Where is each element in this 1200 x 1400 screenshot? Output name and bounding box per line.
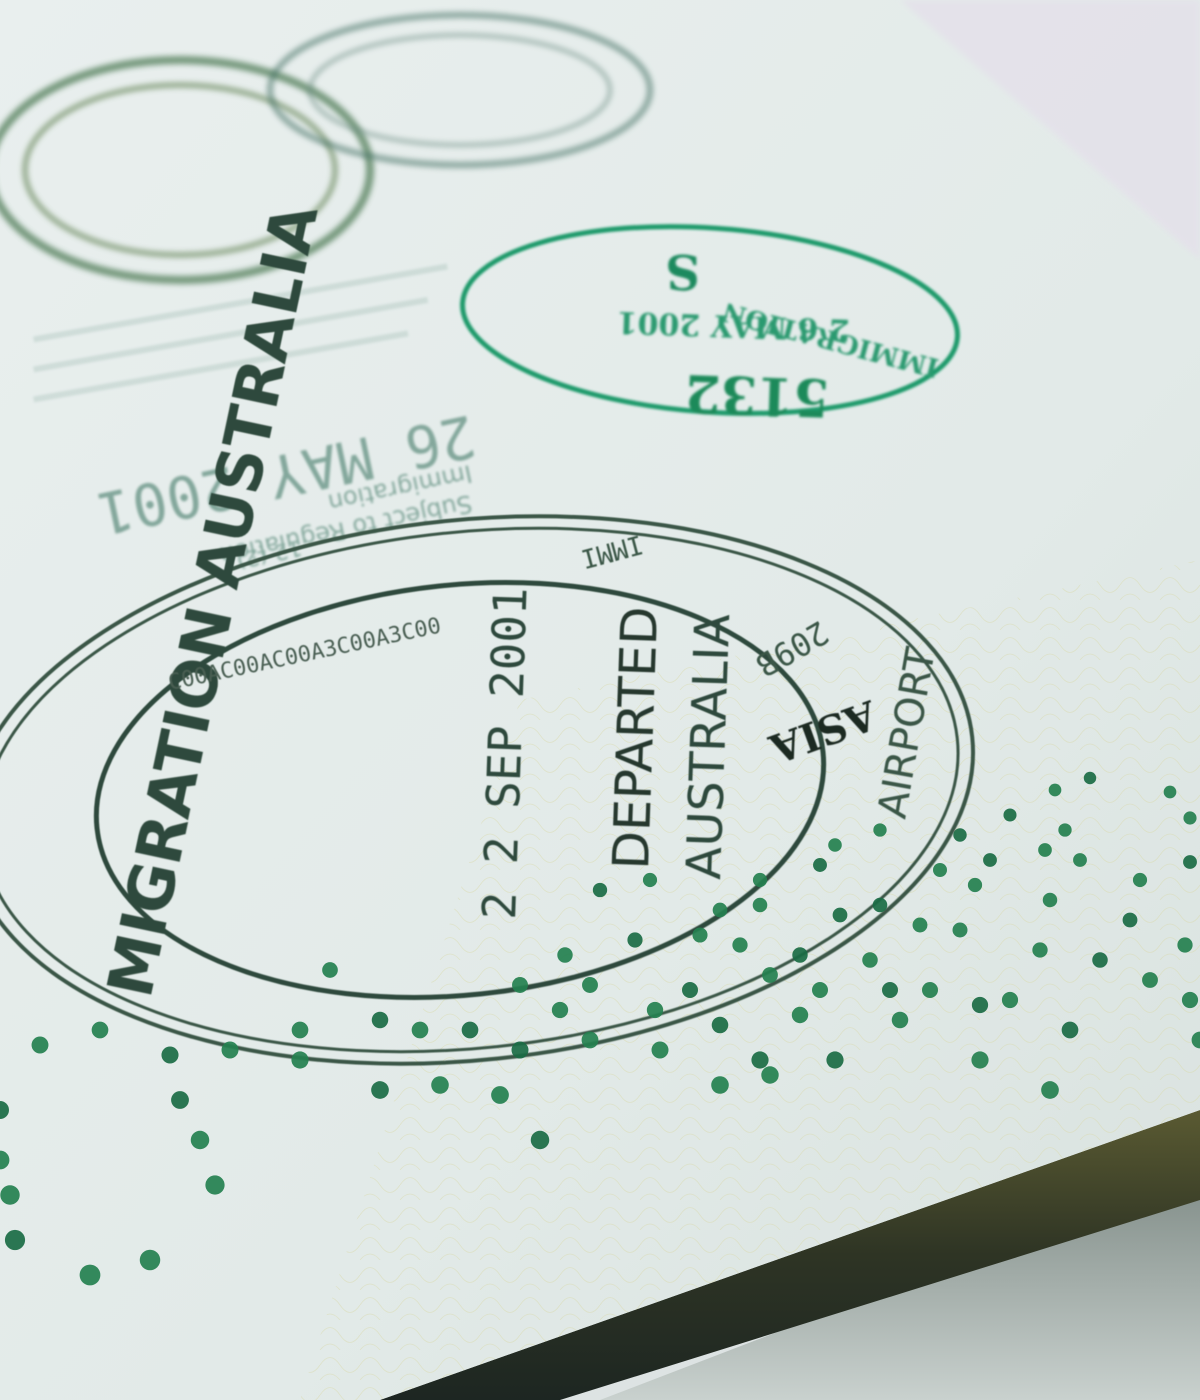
perforation-dot: [140, 1250, 161, 1271]
perforation-dot: [1043, 893, 1058, 908]
perforation-dot: [971, 1051, 988, 1068]
perforation-dot: [812, 982, 828, 998]
perforation-dot: [1073, 853, 1087, 867]
perforation-dot: [953, 828, 966, 841]
perforation-dot: [873, 823, 886, 836]
perforation-dot: [292, 1022, 309, 1039]
perforation-dot: [431, 1076, 449, 1094]
entry-stamp-code: 5132: [684, 362, 831, 428]
perforation-dot: [1177, 937, 1192, 952]
perforation-dot: [647, 1002, 663, 1018]
perforation-dot: [862, 952, 878, 968]
perforation-dot: [1164, 786, 1177, 799]
perforation-dot: [512, 1042, 529, 1059]
perforation-dot: [732, 937, 747, 952]
perforation-dot: [1183, 855, 1197, 869]
perforation-dot: [753, 898, 768, 913]
perforation-dot: [968, 878, 982, 892]
perforation-dot: [882, 982, 898, 998]
perforation-dot: [80, 1265, 101, 1286]
perforation-dot: [5, 1230, 25, 1250]
perforation-dot: [593, 883, 607, 897]
perforation-dot: [161, 1046, 178, 1063]
perforation-dot: [557, 947, 572, 962]
perforation-dot: [972, 997, 988, 1013]
perforation-dot: [1142, 972, 1158, 988]
perforation-dot: [491, 1086, 509, 1104]
departure-country: AUSTRALIA: [676, 613, 741, 881]
perforation-dot: [1038, 843, 1052, 857]
departure-status: DEPARTED: [602, 606, 669, 871]
perforation-dot: [813, 858, 827, 872]
perforation-dot: [512, 977, 528, 993]
perforation-dot: [322, 962, 338, 978]
perforation-dot: [1041, 1081, 1059, 1099]
perforation-dot: [627, 932, 642, 947]
perforation-dot: [1123, 913, 1138, 928]
perforation-dot: [892, 1012, 909, 1029]
perforation-dot: [552, 1002, 568, 1018]
perforation-dot: [826, 1051, 843, 1068]
perforation-dot: [761, 1066, 778, 1083]
perforation-dot: [1003, 808, 1016, 821]
passport-page-illustration: 26 MAY 2001 Immigration Subject to Regul…: [0, 0, 1200, 1400]
perforation-dot: [792, 1007, 808, 1023]
perforation-dot: [1183, 811, 1196, 824]
perforation-dot: [873, 898, 888, 913]
perforation-dot: [753, 873, 767, 887]
perforation-dot: [652, 1042, 669, 1059]
perforation-dot: [171, 1091, 189, 1109]
perforation-dot: [1084, 772, 1096, 784]
perforation-dot: [1032, 942, 1047, 957]
perforation-dot: [913, 918, 928, 933]
perforation-dot: [751, 1051, 768, 1068]
perforation-dot: [953, 923, 968, 938]
perforation-dot: [1092, 952, 1108, 968]
perforation-dot: [32, 1037, 49, 1054]
perforation-dot: [1049, 784, 1062, 797]
perforation-dot: [222, 1042, 239, 1059]
entry-stamp-number: S: [665, 243, 700, 299]
perforation-dot: [412, 1022, 429, 1039]
perforation-dot: [762, 967, 778, 983]
perforation-dot: [792, 947, 807, 962]
passport-photo: 26 MAY 2001 Immigration Subject to Regul…: [0, 0, 1200, 1400]
perforation-dot: [713, 903, 728, 918]
perforation-dot: [692, 927, 707, 942]
perforation-dot: [462, 1022, 479, 1039]
perforation-dot: [191, 1131, 210, 1150]
perforation-dot: [712, 1017, 729, 1034]
perforation-dot: [582, 977, 598, 993]
perforation-dot: [1058, 823, 1071, 836]
perforation-dot: [92, 1022, 109, 1039]
perforation-dot: [1182, 992, 1198, 1008]
perforation-dot: [582, 1032, 599, 1049]
perforation-dot: [291, 1051, 308, 1068]
perforation-dot: [833, 908, 848, 923]
perforation-dot: [531, 1131, 550, 1150]
perforation-dot: [828, 838, 842, 852]
perforation-dot: [0, 1185, 19, 1204]
perforation-dot: [1062, 1022, 1079, 1039]
perforation-dot: [983, 853, 997, 867]
perforation-dot: [371, 1081, 389, 1099]
perforation-dot: [372, 1012, 389, 1029]
perforation-dot: [205, 1175, 224, 1194]
perforation-dot: [682, 982, 698, 998]
perforation-dot: [1133, 873, 1147, 887]
perforation-dot: [1002, 992, 1018, 1008]
perforation-dot: [933, 863, 947, 877]
perforation-dot: [922, 982, 938, 998]
perforation-dot: [711, 1076, 729, 1094]
perforation-dot: [643, 873, 657, 887]
